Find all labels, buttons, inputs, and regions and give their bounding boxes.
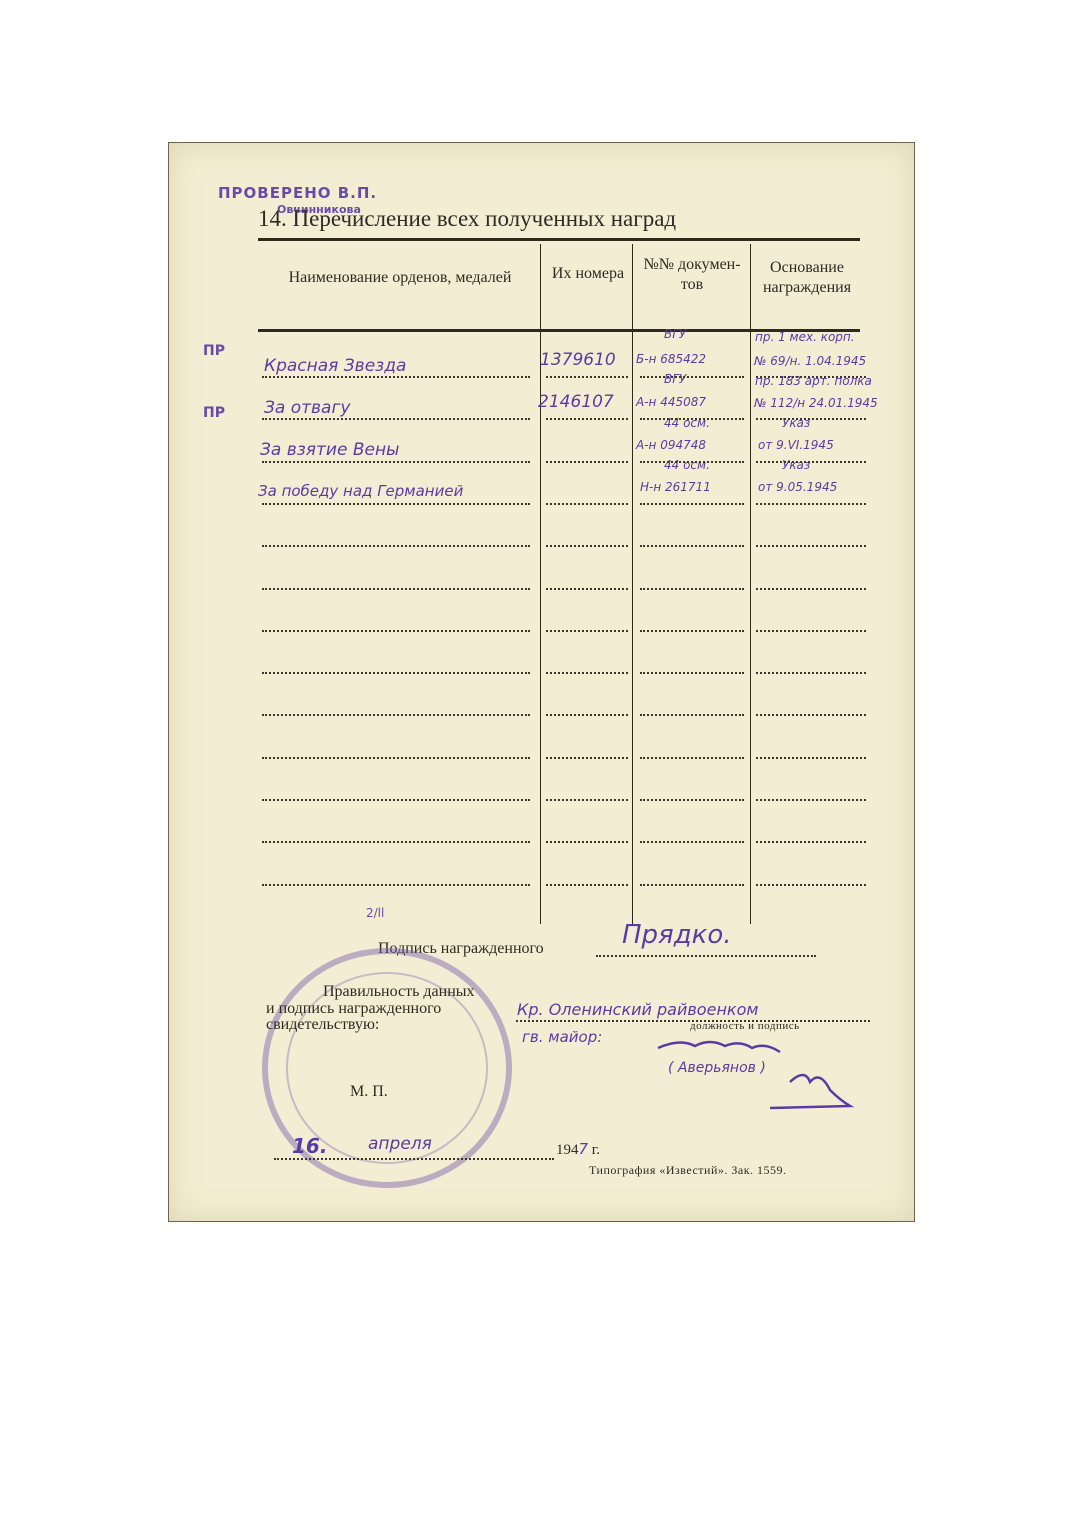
row-rule [640, 757, 744, 759]
date-year-prefix: 194 [556, 1142, 579, 1158]
row-rule [262, 545, 530, 547]
margin-mark: ПР [203, 405, 225, 421]
margin-note: 2/ll [366, 906, 384, 920]
document-issuer: ВГУ [664, 327, 686, 341]
row-rule [756, 884, 866, 886]
row-rule [546, 461, 628, 463]
row-rule [546, 630, 628, 632]
row-rule [640, 376, 744, 378]
verified-stamp: ПРОВЕРЕНО В.П. [218, 184, 377, 202]
row-rule [262, 841, 530, 843]
award-basis: № 112/н 24.01.1945 [754, 396, 878, 410]
date-year: 1947 г. [556, 1140, 600, 1159]
signature-line [596, 955, 816, 957]
row-rule [756, 461, 866, 463]
award-number: 1379610 [540, 350, 616, 370]
header-documents: №№ докумен-тов [640, 255, 744, 295]
date-month: апреля [368, 1134, 432, 1154]
award-basis: от 9.05.1945 [758, 480, 837, 494]
row-rule [546, 884, 628, 886]
row-rule [262, 630, 530, 632]
row-rule [756, 376, 866, 378]
row-rule [756, 418, 866, 420]
row-rule [756, 503, 866, 505]
row-rule [546, 672, 628, 674]
row-rule [756, 799, 866, 801]
row-rule [640, 545, 744, 547]
column-divider [750, 244, 751, 924]
row-rule [640, 503, 744, 505]
signature-value: Прядко. [622, 920, 732, 950]
row-rule [546, 757, 628, 759]
row-rule [756, 630, 866, 632]
row-rule [546, 376, 628, 378]
row-rule [640, 672, 744, 674]
column-divider [632, 244, 633, 924]
award-name: За отвагу [264, 398, 350, 418]
row-rule [546, 503, 628, 505]
header-basis: Основание награждения [752, 258, 862, 298]
row-rule [262, 672, 530, 674]
seal-label: М. П. [350, 1083, 388, 1101]
certification-line-1: Правильность данных [323, 983, 475, 1001]
row-rule [546, 799, 628, 801]
date-line [274, 1158, 554, 1160]
document-issuer: ВГУ [664, 372, 686, 386]
row-rule [262, 418, 530, 420]
document-number: А-н 445087 [636, 395, 706, 409]
row-rule [262, 714, 530, 716]
row-rule [262, 799, 530, 801]
table-top-rule [258, 238, 860, 241]
certifier-rank: гв. майор: [522, 1028, 602, 1046]
award-name: За победу над Германией [258, 482, 463, 500]
award-basis-issuer: пр. 1 мех. корп. [755, 330, 855, 344]
row-rule [640, 714, 744, 716]
date-day: 16. [292, 1134, 327, 1158]
award-basis: от 9.VI.1945 [758, 438, 834, 452]
header-numbers: Их номера [548, 264, 628, 284]
award-name: За взятие Вены [260, 440, 399, 460]
row-rule [640, 799, 744, 801]
certifier-signature-icon [640, 1030, 860, 1120]
row-rule [262, 376, 530, 378]
award-basis: № 69/н. 1.04.1945 [754, 354, 866, 368]
header-award-name: Наименование орденов, медалей [270, 268, 530, 288]
row-rule [640, 841, 744, 843]
row-rule [546, 418, 628, 420]
row-rule [756, 545, 866, 547]
row-rule [262, 757, 530, 759]
row-rule [640, 630, 744, 632]
row-rule [640, 884, 744, 886]
column-divider [540, 244, 541, 924]
row-rule [640, 588, 744, 590]
row-rule [546, 545, 628, 547]
section-title: 14. Перечисление всех полученных наград [258, 206, 676, 232]
row-rule [546, 841, 628, 843]
row-rule [262, 588, 530, 590]
award-name: Красная Звезда [264, 356, 406, 376]
row-rule [262, 503, 530, 505]
row-rule [546, 588, 628, 590]
row-rule [640, 461, 744, 463]
row-rule [756, 757, 866, 759]
row-rule [262, 461, 530, 463]
printer-imprint: Типография «Известий». Зак. 1559. [589, 1163, 787, 1178]
row-rule [640, 418, 744, 420]
row-rule [756, 841, 866, 843]
certification-line-3: свидетельствую: [266, 1016, 379, 1034]
document-number: Н-н 261711 [640, 480, 711, 494]
margin-mark: ПР [203, 343, 225, 359]
document-number: А-н 094748 [636, 438, 706, 452]
row-rule [756, 672, 866, 674]
row-rule [546, 714, 628, 716]
row-rule [756, 714, 866, 716]
certifier-position: Кр. Оленинский райвоенком [517, 1000, 758, 1019]
document-number: Б-н 685422 [636, 352, 706, 366]
row-rule [756, 588, 866, 590]
row-rule [262, 884, 530, 886]
date-year-unit: г. [592, 1142, 600, 1158]
date-year-suffix: 7 [579, 1140, 589, 1158]
award-number: 2146107 [538, 392, 614, 412]
